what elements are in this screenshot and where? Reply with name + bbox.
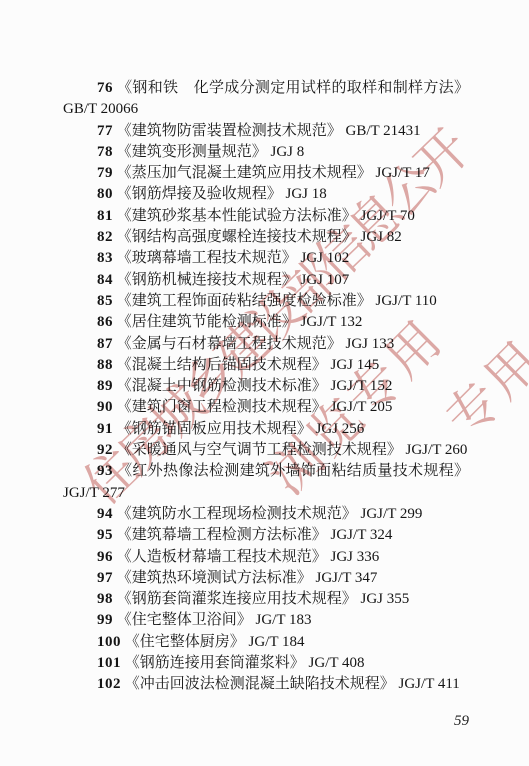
item-number: 87 xyxy=(97,336,113,352)
item-code: GB/T 20066 xyxy=(63,101,138,117)
item-number: 94 xyxy=(97,506,113,522)
item-number: 100 xyxy=(97,634,121,650)
list-item: 98 《钢筋套筒灌浆连接应用技术规程》 JGJ 355 xyxy=(63,589,469,610)
item-title: 《钢筋套筒灌浆连接应用技术规程》 xyxy=(117,591,357,607)
item-code: JGJ/T 132 xyxy=(301,314,363,330)
item-number: 98 xyxy=(97,591,113,607)
item-number: 77 xyxy=(97,123,113,139)
item-number: 78 xyxy=(97,144,113,160)
item-number: 80 xyxy=(97,186,113,202)
item-title: 《钢筋机械连接技术规程》 xyxy=(117,272,297,288)
item-number: 102 xyxy=(97,676,121,692)
item-code: JGJ 145 xyxy=(331,357,380,373)
list-item: 91 《钢筋锚固板应用技术规程》 JGJ 256 xyxy=(63,419,469,440)
item-code: JGJ 82 xyxy=(361,229,402,245)
item-title: 《混凝土结构后锚固技术规程》 xyxy=(117,357,327,373)
item-code: JGJ/T 277 xyxy=(63,485,125,501)
item-title: 《蒸压加气混凝土建筑应用技术规程》 xyxy=(117,165,372,181)
item-title: 《建筑幕墙工程检测方法标准》 xyxy=(117,527,327,543)
item-title: 《建筑砂浆基本性能试验方法标准》 xyxy=(117,208,357,224)
list-item: 97 《建筑热环境测试方法标准》 JGJ/T 347 xyxy=(63,568,469,589)
item-number: 81 xyxy=(97,208,113,224)
item-title: 《建筑门窗工程检测技术规程》 xyxy=(117,399,327,415)
item-code: JG/T 183 xyxy=(256,612,312,628)
list-item: 85 《建筑工程饰面砖粘结强度检验标准》 JGJ/T 110 xyxy=(63,291,469,312)
item-code: JGJ 102 xyxy=(301,250,350,266)
item-title: 《住宅整体卫浴间》 xyxy=(117,612,252,628)
item-number: 83 xyxy=(97,250,113,266)
item-code: JGJ 107 xyxy=(301,272,350,288)
item-number: 92 xyxy=(97,442,113,458)
item-code: JGJ 256 xyxy=(316,421,365,437)
page-number: 59 xyxy=(454,713,469,730)
item-number: 86 xyxy=(97,314,113,330)
item-number: 96 xyxy=(97,549,113,565)
list-item: 94 《建筑防水工程现场检测技术规范》 JGJ/T 299 xyxy=(63,504,469,525)
standards-list: 76 《钢和铁 化学成分测定用试样的取样和制样方法》GB/T 2006677 《… xyxy=(63,78,469,696)
item-number: 97 xyxy=(97,570,113,586)
list-item: 87 《金属与石材幕墙工程技术规范》 JGJ 133 xyxy=(63,334,469,355)
item-title: 《建筑变形测量规范》 xyxy=(117,144,267,160)
item-code: JGJ/T 260 xyxy=(406,442,468,458)
item-title: 《人造板材幕墙工程技术规范》 xyxy=(117,549,327,565)
list-item: 90 《建筑门窗工程检测技术规程》 JGJ/T 205 xyxy=(63,397,469,418)
list-item: 82 《钢结构高强度螺栓连接技术规程》 JGJ 82 xyxy=(63,227,469,248)
list-item: 86 《居住建筑节能检测标准》 JGJ/T 132 xyxy=(63,312,469,333)
item-code: JG/T 408 xyxy=(309,655,365,671)
list-item: 78 《建筑变形测量规范》 JGJ 8 xyxy=(63,142,469,163)
item-title: 《建筑工程饰面砖粘结强度检验标准》 xyxy=(117,293,372,309)
list-item: 80 《钢筋焊接及验收规程》 JGJ 18 xyxy=(63,184,469,205)
item-code: JGJ/T 70 xyxy=(361,208,415,224)
item-title: 《玻璃幕墙工程技术规范》 xyxy=(117,250,297,266)
list-item: 93 《红外热像法检测建筑外墙饰面粘结质量技术规程》JGJ/T 277 xyxy=(63,461,469,504)
item-title: 《钢和铁 化学成分测定用试样的取样和制样方法》 xyxy=(117,80,469,96)
list-item: 84 《钢筋机械连接技术规程》 JGJ 107 xyxy=(63,270,469,291)
item-number: 101 xyxy=(97,655,121,671)
list-item: 101 《钢筋连接用套筒灌浆料》 JG/T 408 xyxy=(63,653,469,674)
item-code: JGJ/T 324 xyxy=(331,527,393,543)
item-continuation-line: GB/T 20066 xyxy=(63,99,469,120)
item-code: JGJ 133 xyxy=(346,336,395,352)
item-number: 84 xyxy=(97,272,113,288)
item-first-line: 93 《红外热像法检测建筑外墙饰面粘结质量技术规程》 xyxy=(63,461,469,482)
item-continuation-line: JGJ/T 277 xyxy=(63,483,469,504)
list-item: 99 《住宅整体卫浴间》 JG/T 183 xyxy=(63,610,469,631)
list-item: 89 《混凝土中钢筋检测技术标准》 JGJ/T 152 xyxy=(63,376,469,397)
item-code: JG/T 184 xyxy=(249,634,305,650)
document-page: 76 《钢和铁 化学成分测定用试样的取样和制样方法》GB/T 2006677 《… xyxy=(0,0,529,766)
item-code: GB/T 21431 xyxy=(346,123,421,139)
item-title: 《冲击回波法检测混凝土缺陷技术规程》 xyxy=(125,676,395,692)
item-number: 99 xyxy=(97,612,113,628)
item-code: JGJ 336 xyxy=(331,549,380,565)
list-item: 95 《建筑幕墙工程检测方法标准》 JGJ/T 324 xyxy=(63,525,469,546)
item-number: 76 xyxy=(97,80,113,96)
list-item: 77 《建筑物防雷装置检测技术规范》 GB/T 21431 xyxy=(63,121,469,142)
item-number: 91 xyxy=(97,421,113,437)
item-code: JGJ/T 152 xyxy=(331,378,393,394)
item-code: JGJ/T 17 xyxy=(376,165,430,181)
item-number: 79 xyxy=(97,165,113,181)
item-title: 《居住建筑节能检测标准》 xyxy=(117,314,297,330)
item-number: 88 xyxy=(97,357,113,373)
item-title: 《采暖通风与空气调节工程检测技术规程》 xyxy=(117,442,402,458)
item-title: 《金属与石材幕墙工程技术规范》 xyxy=(117,336,342,352)
list-item: 92 《采暖通风与空气调节工程检测技术规程》 JGJ/T 260 xyxy=(63,440,469,461)
item-title: 《建筑热环境测试方法标准》 xyxy=(117,570,312,586)
list-item: 102 《冲击回波法检测混凝土缺陷技术规程》 JGJ/T 411 xyxy=(63,674,469,695)
list-item: 81 《建筑砂浆基本性能试验方法标准》 JGJ/T 70 xyxy=(63,206,469,227)
list-item: 76 《钢和铁 化学成分测定用试样的取样和制样方法》GB/T 20066 xyxy=(63,78,469,121)
item-code: JGJ/T 299 xyxy=(361,506,423,522)
list-item: 88 《混凝土结构后锚固技术规程》 JGJ 145 xyxy=(63,355,469,376)
item-title: 《建筑物防雷装置检测技术规范》 xyxy=(117,123,342,139)
item-title: 《钢筋连接用套筒灌浆料》 xyxy=(125,655,305,671)
item-title: 《红外热像法检测建筑外墙饰面粘结质量技术规程》 xyxy=(117,463,469,479)
item-number: 85 xyxy=(97,293,113,309)
item-number: 93 xyxy=(97,463,113,479)
item-number: 82 xyxy=(97,229,113,245)
item-title: 《钢筋锚固板应用技术规程》 xyxy=(117,421,312,437)
item-title: 《住宅整体厨房》 xyxy=(125,634,245,650)
item-code: JGJ 355 xyxy=(361,591,410,607)
item-code: JGJ 8 xyxy=(271,144,305,160)
item-code: JGJ 18 xyxy=(286,186,327,202)
item-number: 89 xyxy=(97,378,113,394)
item-code: JGJ/T 205 xyxy=(331,399,393,415)
item-title: 《钢筋焊接及验收规程》 xyxy=(117,186,282,202)
item-number: 90 xyxy=(97,399,113,415)
item-title: 《钢结构高强度螺栓连接技术规程》 xyxy=(117,229,357,245)
list-item: 100 《住宅整体厨房》 JG/T 184 xyxy=(63,632,469,653)
item-title: 《建筑防水工程现场检测技术规范》 xyxy=(117,506,357,522)
item-code: JGJ/T 110 xyxy=(376,293,437,309)
list-item: 79 《蒸压加气混凝土建筑应用技术规程》 JGJ/T 17 xyxy=(63,163,469,184)
item-first-line: 76 《钢和铁 化学成分测定用试样的取样和制样方法》 xyxy=(63,78,469,99)
list-item: 83 《玻璃幕墙工程技术规范》 JGJ 102 xyxy=(63,248,469,269)
item-title: 《混凝土中钢筋检测技术标准》 xyxy=(117,378,327,394)
item-code: JGJ/T 411 xyxy=(399,676,460,692)
list-item: 96 《人造板材幕墙工程技术规范》 JGJ 336 xyxy=(63,547,469,568)
item-number: 95 xyxy=(97,527,113,543)
item-code: JGJ/T 347 xyxy=(316,570,378,586)
